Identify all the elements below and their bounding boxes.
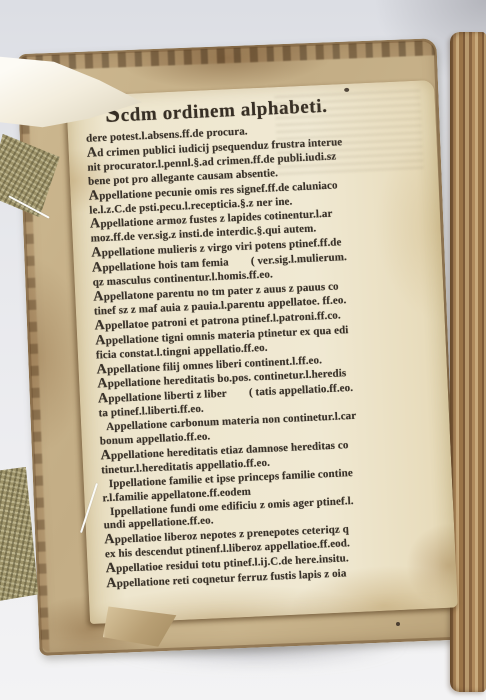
show-through-text: [274, 85, 424, 176]
text-block: dere potest.l.absens.ff.de procura. Ad c…: [68, 117, 456, 593]
photo-background: Scdm ordinem alphabeti. dere potest.l.ab…: [0, 0, 486, 700]
ink-speck: [396, 622, 400, 626]
printed-page: Scdm ordinem alphabeti. dere potest.l.ab…: [66, 80, 458, 624]
